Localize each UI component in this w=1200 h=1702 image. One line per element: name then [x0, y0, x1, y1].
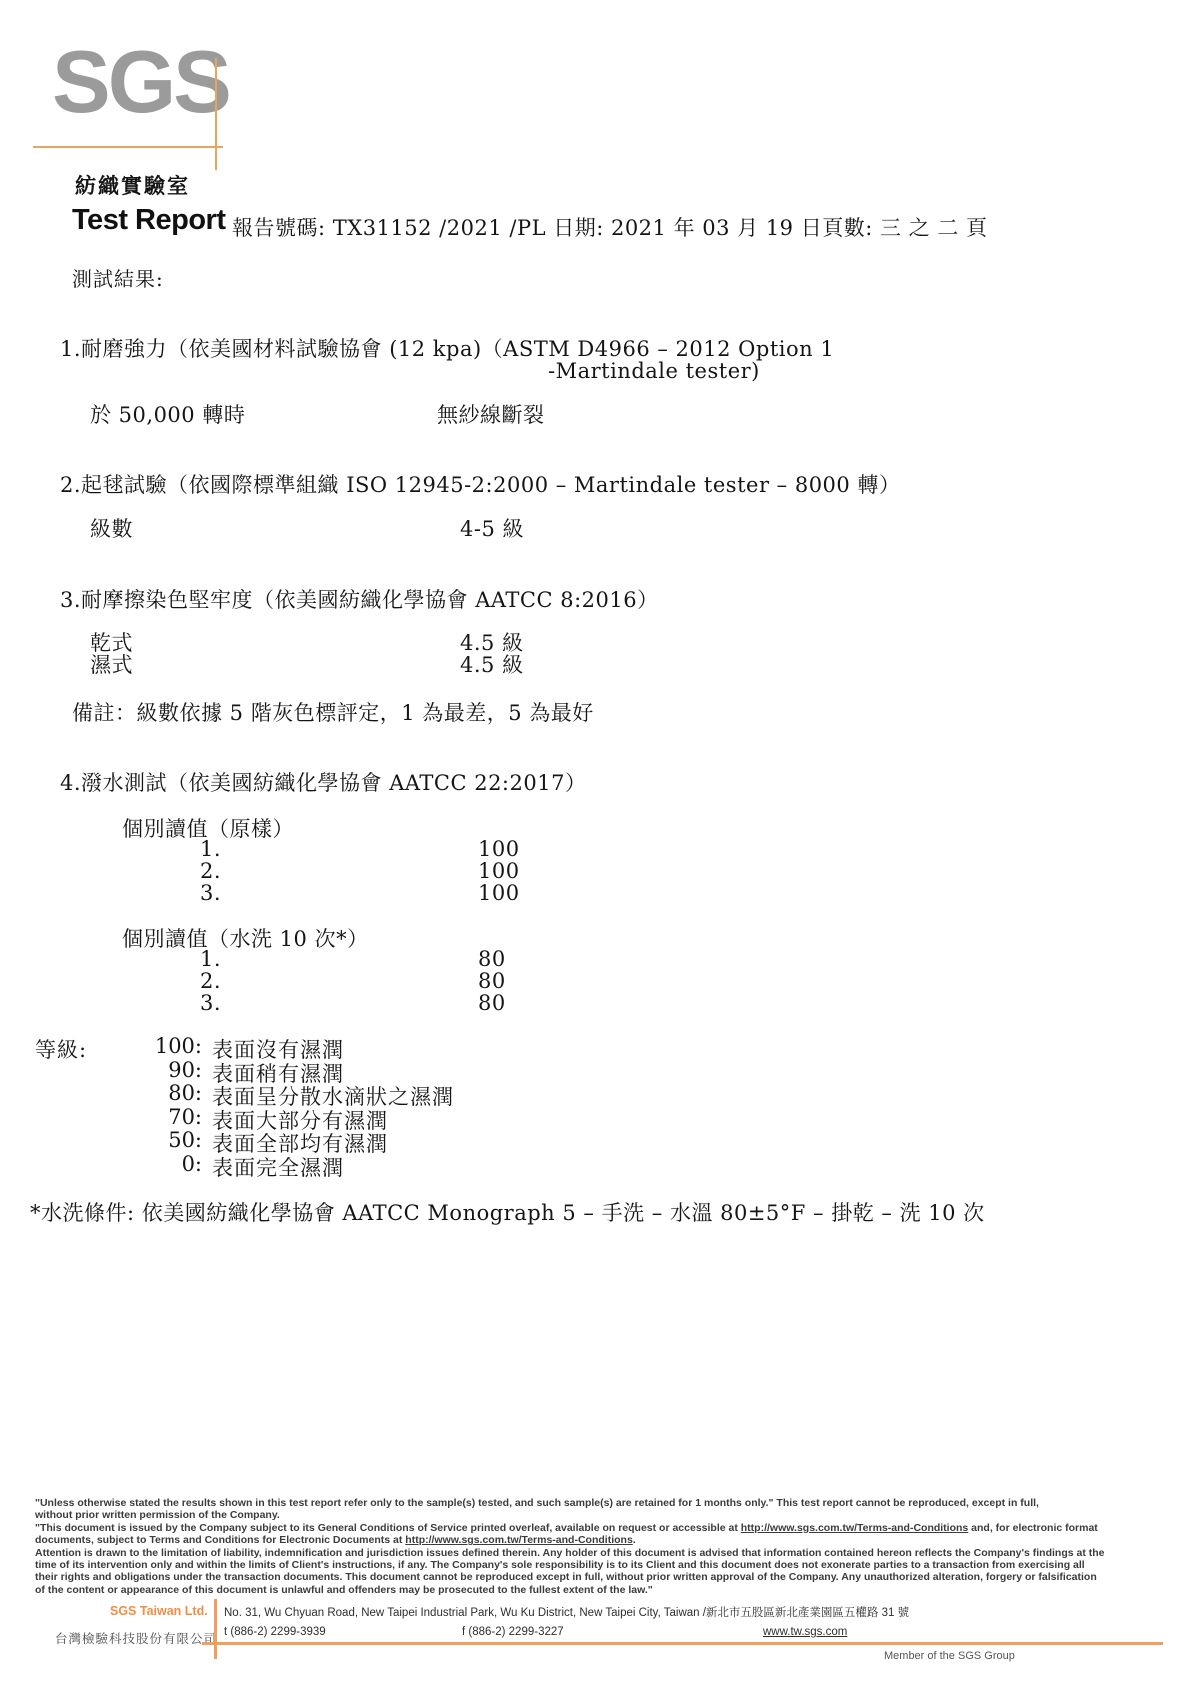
disclaimer-block: "Unless otherwise stated the results sho… — [35, 1497, 1175, 1596]
footer-vertical-divider — [214, 1599, 217, 1659]
reading-value: 80 — [478, 947, 506, 971]
reading-index: 1. — [200, 947, 221, 971]
company-website-link[interactable]: www.tw.sgs.com — [763, 1626, 847, 1638]
company-name-en: SGS Taiwan Ltd. — [110, 1604, 208, 1618]
grade-score: 90: — [128, 1058, 202, 1082]
grade-desc: 表面完全濕潤 — [212, 1152, 344, 1182]
results-heading: 測試結果: — [72, 263, 164, 292]
grade-score: 0: — [128, 1152, 202, 1176]
disclaimer-line: without prior written permission of the … — [35, 1509, 1175, 1521]
result-label: 濕式 — [90, 649, 133, 679]
reading-index: 1. — [200, 837, 221, 861]
reading-value: 100 — [478, 859, 520, 883]
wash-condition-note: *水洗條件: 依美國紡織化學協會 AATCC Monograph 5 – 手洗 … — [30, 1197, 985, 1227]
sgs-logo: SGS — [52, 38, 229, 126]
reading-index: 2. — [200, 969, 221, 993]
disclaimer-line: their rights and obligations under the t… — [35, 1571, 1175, 1583]
grade-score: 70: — [128, 1105, 202, 1129]
result-value: 4-5 級 — [460, 513, 524, 543]
terms-electronic-link[interactable]: http://www.sgs.com.tw/Terms-and-Conditio… — [405, 1534, 633, 1546]
disclaimer-text: "This document is issued by the Company … — [35, 1522, 741, 1534]
grade-scale-prefix: 等級: — [35, 1034, 87, 1064]
company-name-zh: 台灣檢驗科技股份有限公司 — [55, 1629, 217, 1647]
disclaimer-text: and, for electronic format — [968, 1522, 1098, 1534]
terms-link[interactable]: http://www.sgs.com.tw/Terms-and-Conditio… — [741, 1522, 969, 1534]
disclaimer-line: of the content or appearance of this doc… — [35, 1584, 1175, 1596]
reading-index: 3. — [200, 991, 221, 1015]
reading-index: 3. — [200, 881, 221, 905]
section-3-title: 3.耐摩擦染色堅牢度（依美國紡織化學協會 AATCC 8:2016） — [60, 584, 659, 614]
section-1-title-continued: -Martindale tester) — [548, 359, 760, 383]
reading-index: 2. — [200, 859, 221, 883]
report-title: Test Report — [72, 204, 225, 237]
company-address: No. 31, Wu Chyuan Road, New Taipei Indus… — [224, 1604, 909, 1620]
section-3-note: 備註：級數依據 5 階灰色標評定，1 為最差，5 為最好 — [72, 697, 594, 727]
disclaimer-line: Attention is drawn to the limitation of … — [35, 1547, 1175, 1559]
logo-horizontal-rule — [33, 146, 223, 148]
disclaimer-text: documents, subject to Terms and Conditio… — [35, 1534, 405, 1546]
disclaimer-line: "This document is issued by the Company … — [35, 1522, 1175, 1534]
disclaimer-line: documents, subject to Terms and Conditio… — [35, 1534, 1175, 1546]
footer-horizontal-rule — [202, 1642, 1163, 1645]
result-value: 4.5 級 — [460, 649, 524, 679]
result-value: 無紗線斷裂 — [437, 399, 545, 429]
company-phone: t (886-2) 2299-3939 — [224, 1626, 326, 1638]
report-meta: 報告號碼: TX31152 /2021 /PL 日期: 2021 年 03 月 … — [232, 212, 988, 242]
grade-score: 100: — [128, 1034, 202, 1058]
result-label: 於 50,000 轉時 — [90, 399, 245, 429]
section-4-title: 4.潑水測試（依美國紡織化學協會 AATCC 22:2017） — [60, 767, 586, 797]
reading-group-label: 個別讀值（水洗 10 次*） — [122, 923, 369, 953]
reading-value: 100 — [478, 837, 520, 861]
grade-score: 50: — [128, 1128, 202, 1152]
test-report-page: SGS 紡織實驗室 Test Report 報告號碼: TX31152 /202… — [0, 0, 1200, 1702]
company-fax: f (886-2) 2299-3227 — [462, 1626, 564, 1638]
section-2-title: 2.起毬試驗（依國際標準組織 ISO 12945-2:2000 – Martin… — [60, 469, 900, 499]
grade-score: 80: — [128, 1081, 202, 1105]
disclaimer-line: "Unless otherwise stated the results sho… — [35, 1497, 1175, 1509]
disclaimer-line: time of its intervention only and within… — [35, 1559, 1175, 1571]
reading-value: 80 — [478, 969, 506, 993]
lab-name: 紡織實驗室 — [75, 170, 190, 200]
disclaimer-text: . — [633, 1534, 636, 1546]
result-label: 級數 — [90, 513, 133, 543]
logo-vertical-rule — [215, 58, 217, 170]
reading-value: 80 — [478, 991, 506, 1015]
reading-value: 100 — [478, 881, 520, 905]
sgs-group-membership: Member of the SGS Group — [884, 1650, 1015, 1662]
